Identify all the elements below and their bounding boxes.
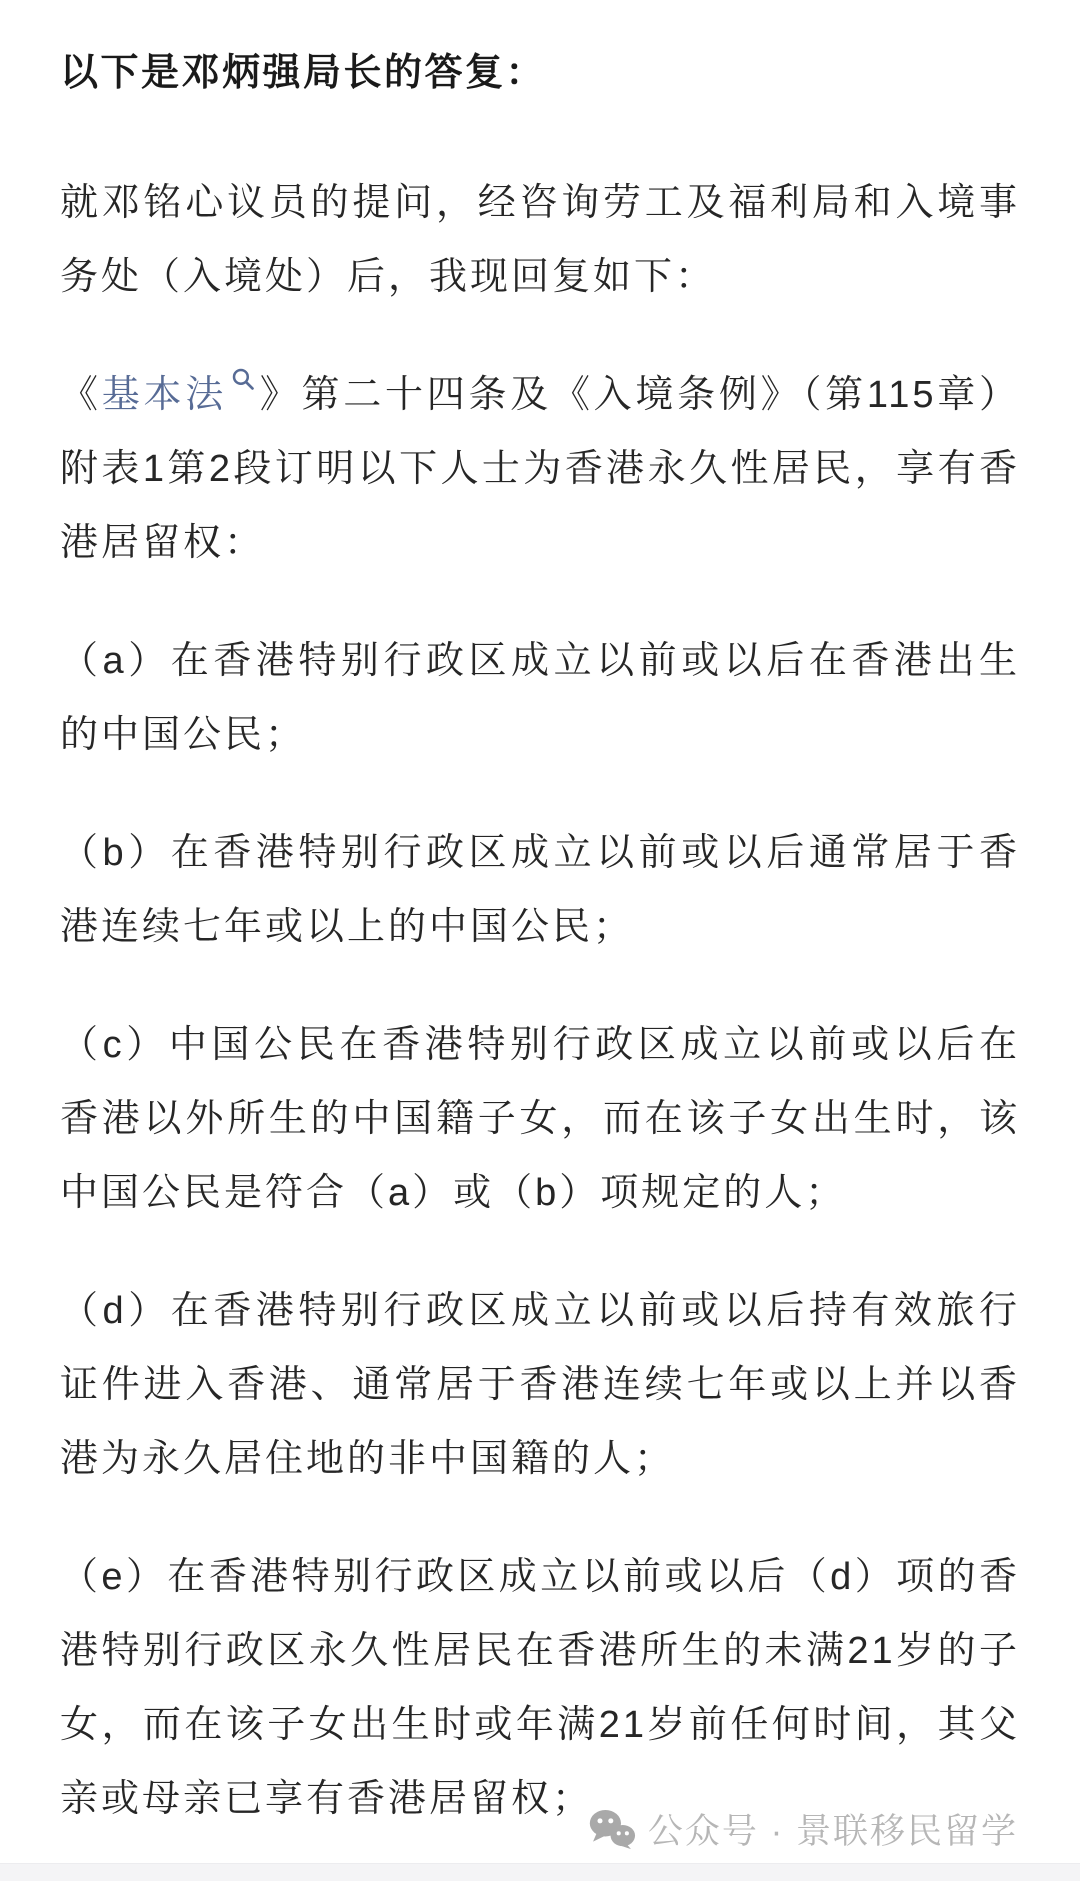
list-item-a: （a）在香港特别行政区成立以前或以后在香港出生的中国公民； bbox=[60, 624, 1020, 772]
law-paragraph: 《基本法 》第二十四条及《入境条例》（第115章）附表1第2段订明以下人士为香港… bbox=[60, 358, 1020, 580]
wechat-logo-icon bbox=[588, 1808, 636, 1850]
article-heading: 以下是邓炳强局长的答复： bbox=[60, 36, 1020, 110]
basic-law-link-label: 基本法 bbox=[102, 374, 227, 416]
list-item-b: （b）在香港特别行政区成立以前或以后通常居于香港连续七年或以上的中国公民； bbox=[60, 816, 1020, 964]
list-item-e: （e）在香港特别行政区成立以前或以后（d）项的香港特别行政区永久性居民在香港所生… bbox=[60, 1540, 1020, 1836]
law-open-bracket: 《 bbox=[60, 374, 102, 416]
list-item-d: （d）在香港特别行政区成立以前或以后持有效旅行证件进入香港、通常居于香港连续七年… bbox=[60, 1274, 1020, 1496]
watermark-text: 公众号 · 景联移民留学 bbox=[648, 1804, 1018, 1854]
watermark: 公众号 · 景联移民留学 bbox=[588, 1804, 1018, 1854]
list-item-c: （c）中国公民在香港特别行政区成立以前或以后在香港以外所生的中国籍子女，而在该子… bbox=[60, 1008, 1020, 1230]
footer-bar bbox=[0, 1863, 1080, 1881]
basic-law-link[interactable]: 基本法 bbox=[102, 374, 259, 416]
intro-paragraph: 就邓铭心议员的提问，经咨询劳工及福利局和入境事务处（入境处）后，我现回复如下： bbox=[60, 166, 1020, 314]
search-icon[interactable] bbox=[231, 367, 256, 392]
article-page: 以下是邓炳强局长的答复： 就邓铭心议员的提问，经咨询劳工及福利局和入境事务处（入… bbox=[0, 0, 1080, 1881]
